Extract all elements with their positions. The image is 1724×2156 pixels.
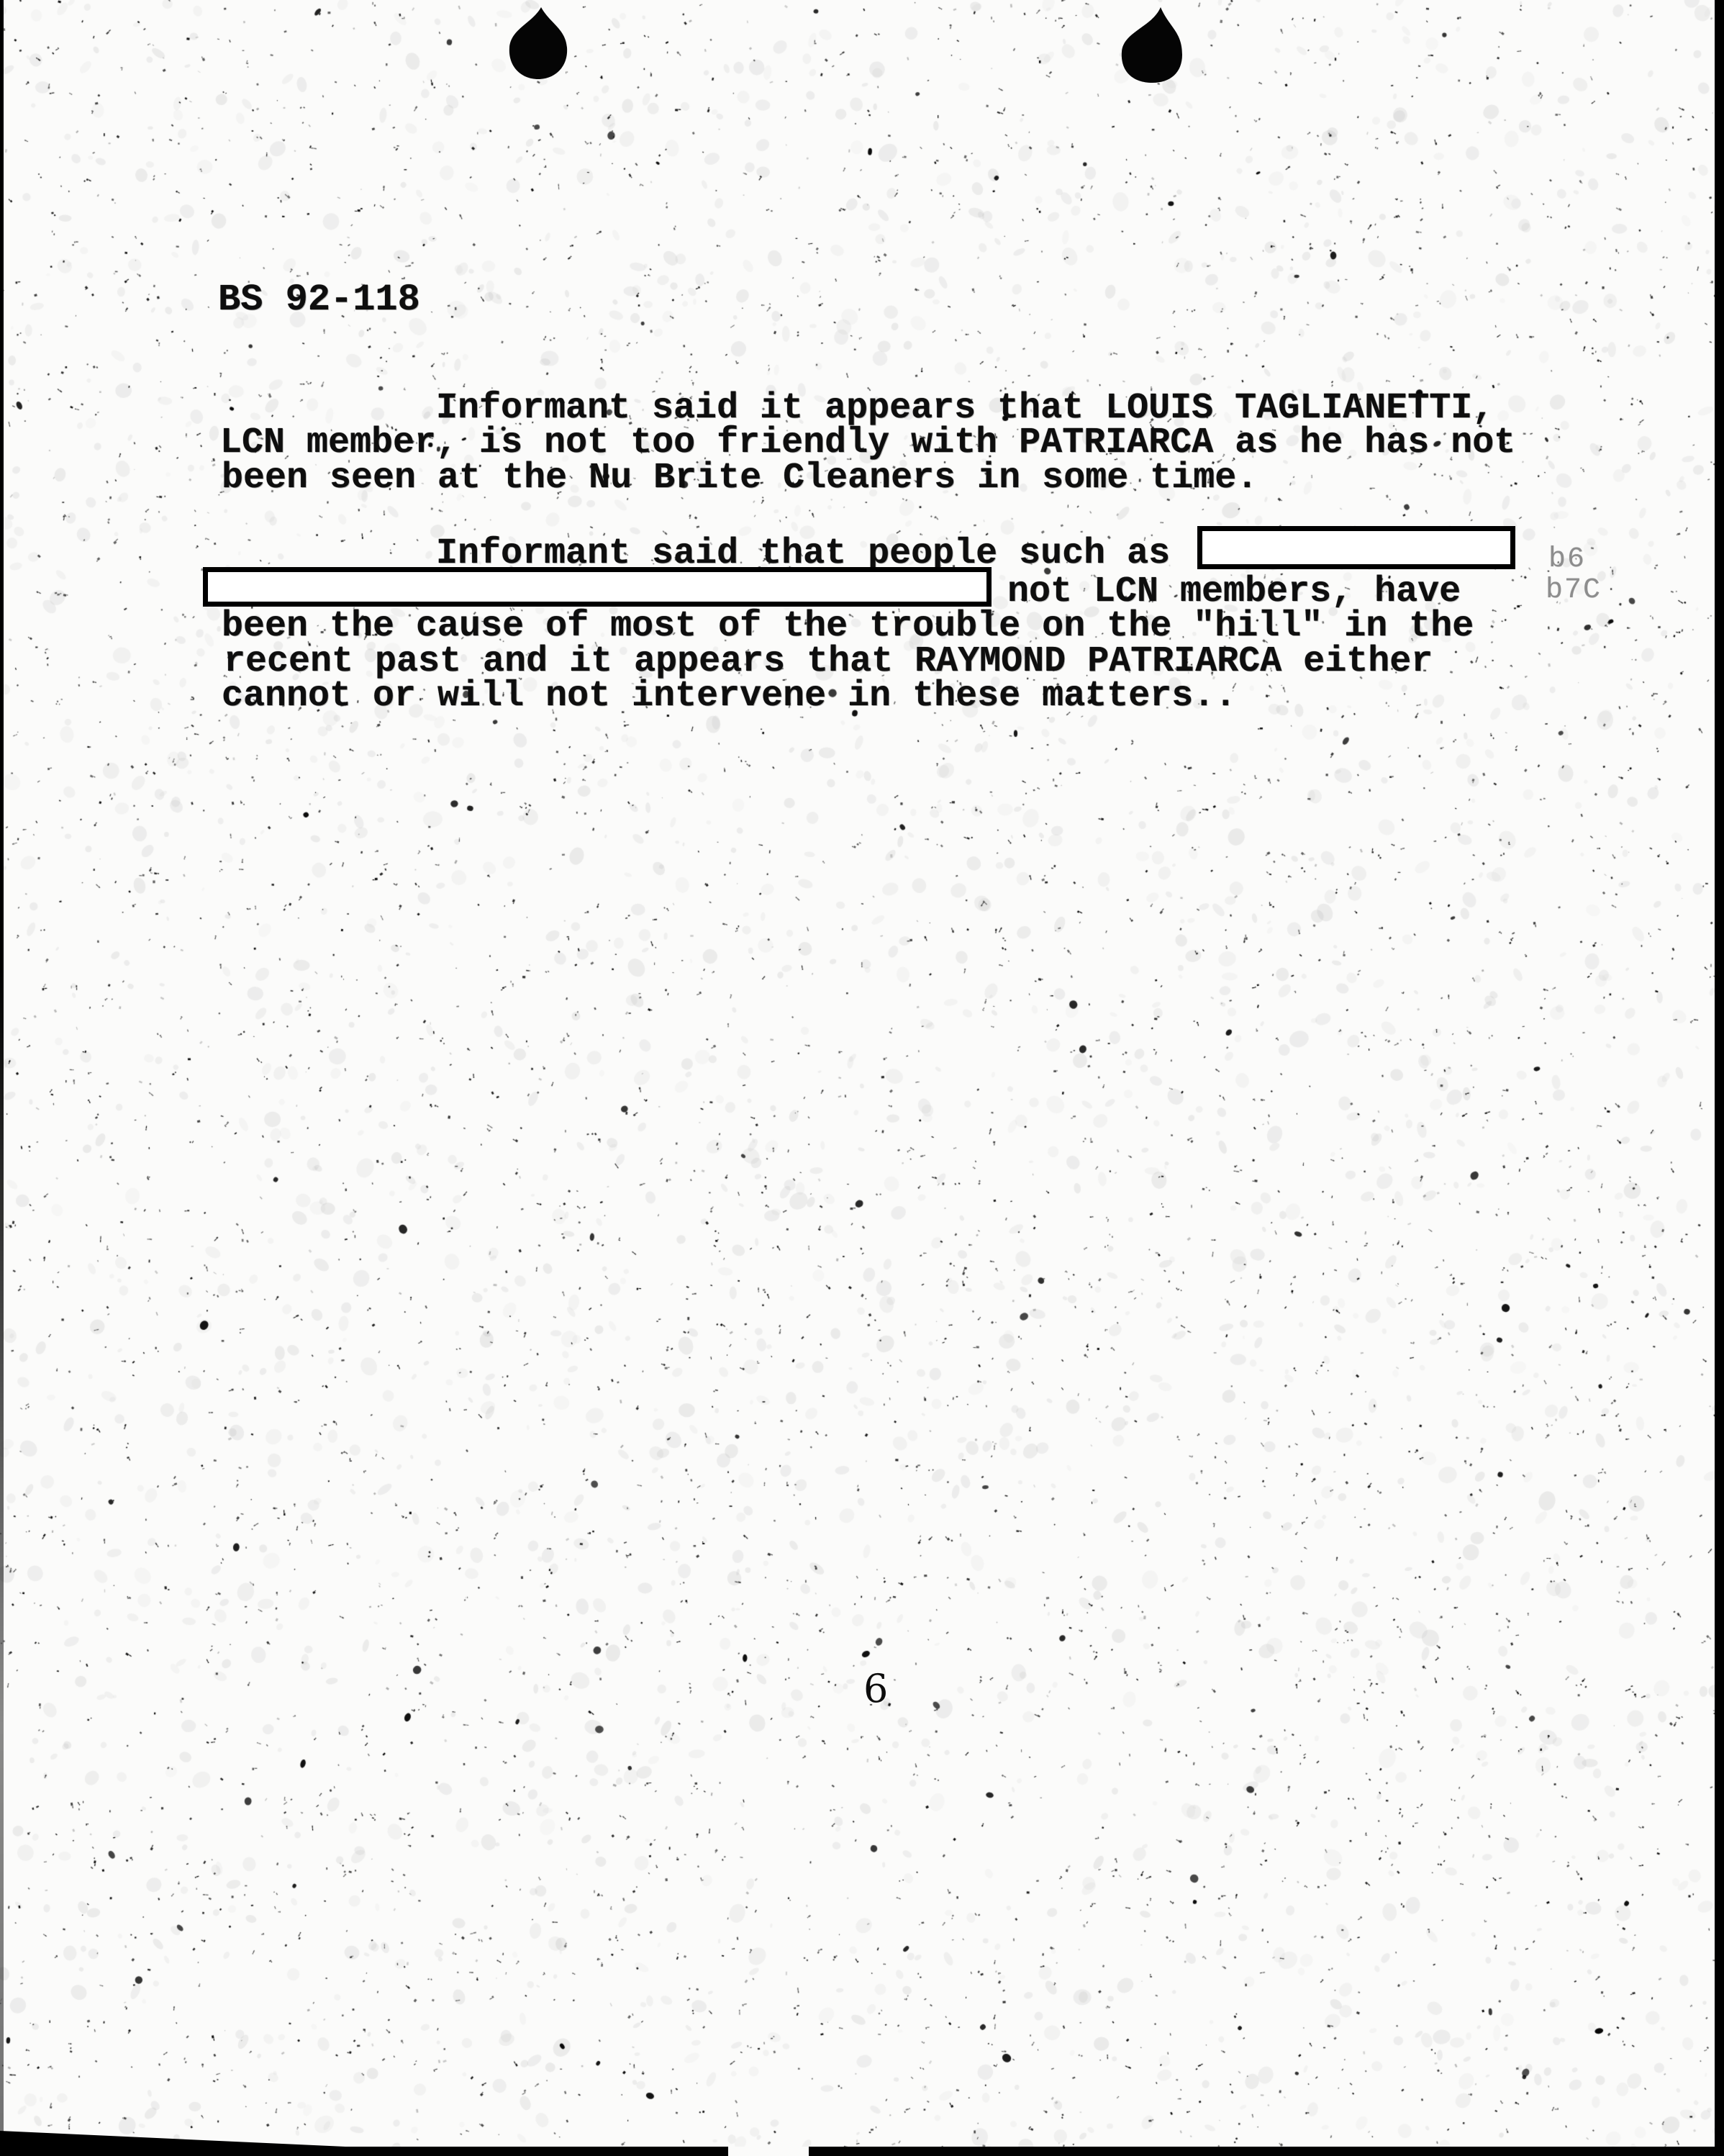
redacted-text-box-1: [1197, 526, 1515, 569]
paragraph1-line3: been seen at the Nu Brite Cleaners in so…: [222, 461, 1258, 497]
scan-edge-bottom: [0, 2147, 1724, 2156]
paragraph2-line5: cannot or will not intervene in these ma…: [222, 679, 1236, 715]
paragraph2-line2: not LCN members, have: [1007, 574, 1461, 610]
scanned-document-page: BS 92-118 Informant said it appears that…: [0, 0, 1724, 2156]
paragraph1-line2: LCN member, is not too friendly with PAT…: [220, 425, 1515, 461]
paragraph2-line4: recent past and it appears that RAYMOND …: [224, 644, 1433, 680]
scan-edge-right: [1715, 0, 1724, 2156]
redacted-text-box-2: [203, 567, 992, 607]
paragraph2-line3: been the cause of most of the trouble on…: [222, 609, 1474, 645]
hole-punch-mark-right: [1112, 0, 1205, 94]
hole-punch-mark-left: [496, 0, 590, 94]
scan-edge-bottom-wedge: [0, 2131, 345, 2147]
exemption-code-b6: b6: [1548, 545, 1586, 574]
page-number: 6: [863, 1670, 888, 1708]
case-number: BS 92-118: [218, 282, 420, 318]
scan-edge-bottom-gap: [728, 2147, 809, 2156]
paragraph1-line1: Informant said it appears that LOUIS TAG…: [436, 391, 1494, 427]
scan-noise-layer: [0, 0, 1724, 2156]
scan-edge-left: [0, 0, 4, 2156]
exemption-code-b7c: b7C: [1546, 576, 1602, 605]
